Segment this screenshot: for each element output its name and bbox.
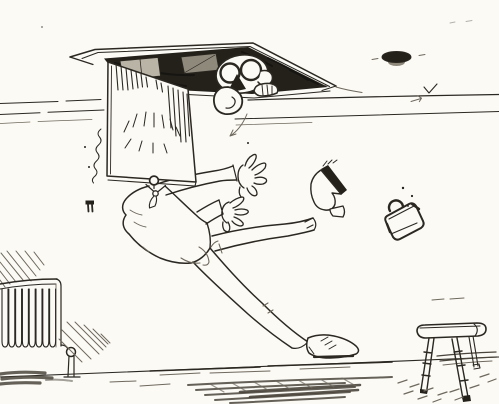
man-lower-leg-front: [193, 262, 292, 348]
briefcase-speck-1: [402, 187, 404, 189]
radiator: [0, 251, 110, 384]
man-lower-arm-bottom: [206, 214, 223, 224]
falling-man: [123, 154, 359, 358]
falling-bolt-legs: [88, 205, 93, 212]
peeker-mouth: [214, 87, 242, 114]
ceiling-line-left-2: [0, 110, 104, 115]
cartoon-canvas: Black-and-white cartoon: a man falls bac…: [0, 0, 499, 404]
radiator-right-edge: [56, 279, 61, 346]
faint-top-dashes: [450, 21, 472, 24]
floor: [0, 357, 499, 403]
check-mark: [424, 84, 437, 93]
man-torso-back: [123, 186, 210, 263]
man-lower-hand-fingers: [223, 197, 249, 232]
man-collar-tie: [146, 185, 166, 209]
briefcase-speck-2: [411, 195, 413, 197]
cartoon-scene: Black-and-white cartoon: a man falls bac…: [0, 0, 499, 404]
peeker-hand: [254, 83, 278, 96]
radiator-shadow: [0, 372, 52, 384]
stool-front-leg: [452, 338, 468, 399]
falling-briefcase: [385, 187, 423, 240]
briefcase-speck-3: [407, 205, 409, 207]
man-shoe-sole: [314, 356, 353, 357]
man-trouser-details: [181, 241, 273, 313]
man-raised-thigh-bottom: [215, 230, 314, 251]
stool: [398, 298, 497, 402]
ceiling-line-right-3: [236, 123, 312, 126]
tie-knot: [153, 191, 158, 196]
ceiling-line-right-2: [235, 112, 499, 120]
peeker-right-eye: [241, 60, 261, 80]
man-upper-arm-cuff: [233, 165, 237, 181]
stool-front-foot: [462, 395, 471, 402]
radiator-ribs: [2, 289, 56, 347]
man-boot-motion-ticks: [323, 160, 337, 166]
man-torso-chest: [165, 186, 207, 223]
radiator-valve-knob: [67, 348, 76, 357]
speck-3: [247, 142, 249, 144]
falling-bolt: [86, 201, 95, 205]
stool-floor-ticks: [398, 374, 496, 402]
ceiling-line-left-1: [0, 100, 101, 104]
man-lower-arm-top: [197, 200, 219, 212]
man-upper-arm-bottom: [166, 180, 236, 195]
speck-2: [88, 166, 90, 168]
man-lower-cuff: [292, 342, 308, 348]
frame-to-wall-line: [336, 87, 362, 93]
stool-left-leg: [421, 338, 434, 390]
wall-shading-right-of-radiator: [59, 322, 110, 362]
ceiling-line-left-3: [0, 120, 92, 124]
man-torso-side: [207, 223, 210, 248]
door-knob: [150, 176, 159, 185]
man-upper-hand-palm: [238, 165, 244, 197]
door-motion-squiggle: [92, 129, 101, 183]
lamp-shade: [382, 52, 411, 63]
radiator-top-inner: [0, 284, 56, 289]
wall-shading-left: [0, 251, 44, 287]
tie-tail: [149, 196, 156, 208]
tiny-arrow-mark: [411, 96, 422, 102]
ceiling-lamp: [372, 52, 425, 67]
man-lower-leg-back: [210, 248, 308, 342]
speck-4: [41, 26, 43, 28]
hatch-frame-left-cap: [70, 57, 93, 65]
man-upper-hand-fingers: [245, 154, 267, 195]
radiator-shadow-light: [46, 380, 72, 381]
speck-1: [84, 146, 86, 148]
man-boot-body: [311, 170, 341, 210]
man-lower-hand-palm: [219, 200, 229, 223]
floor-junction-accents: [150, 362, 392, 371]
